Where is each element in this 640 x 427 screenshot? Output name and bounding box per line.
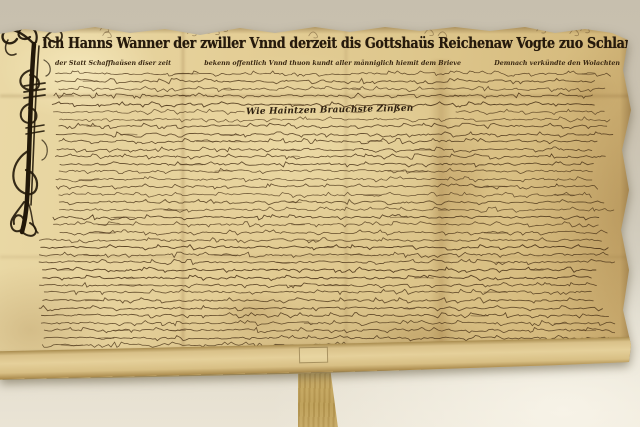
- parchment-surface: Ich Hanns Wanner der zwiller Vnnd derzei…: [0, 0, 640, 427]
- plica-slit: [299, 347, 328, 364]
- photo-background: Ich Hanns Wanner der zwiller Vnnd derzei…: [0, 0, 640, 427]
- parchment-sheet: Ich Hanns Wanner der zwiller Vnnd derzei…: [0, 0, 640, 427]
